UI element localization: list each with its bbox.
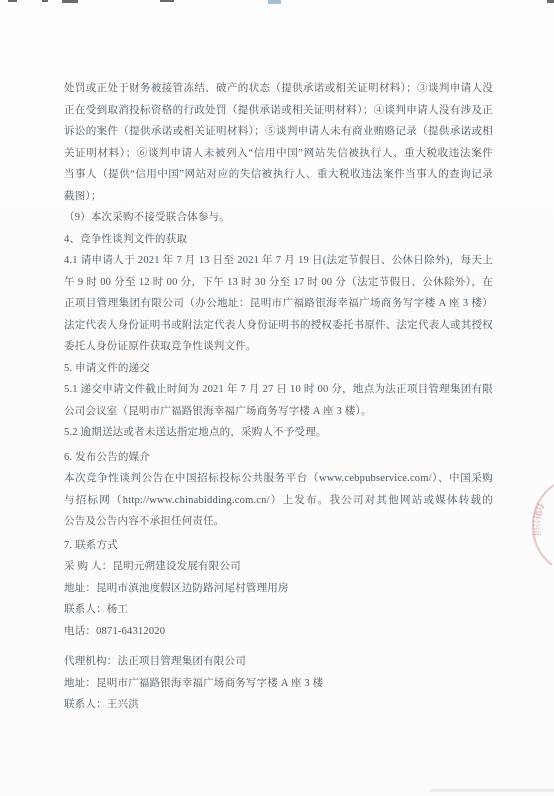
scan-smudge [430, 789, 554, 792]
scan-artifact [268, 0, 281, 4]
section-heading: 6. 发布公告的媒介 [64, 447, 493, 469]
doc-line: 委托人身份证原件获取竞争性谈判文件。 [64, 336, 493, 358]
scan-artifact [547, 0, 554, 3]
purchaser-phone-line: 电话：0871-64312020 [64, 621, 493, 643]
section-heading: 5. 申请文件的递交 [64, 358, 493, 380]
scan-artifact [62, 0, 78, 3]
doc-line: 4.1 请申请人于 2021 年 7 月 13 日至 2021 年 7 月 19… [64, 250, 493, 272]
red-seal-fragment: 有限公司 [520, 481, 554, 567]
agency-contact-line: 联系人：王兴洪 [64, 694, 493, 716]
purchaser-contact-line: 联系人：杨工 [64, 599, 493, 621]
doc-line: 与招标网（http://www.chinabidding.com.cn/）上发布… [64, 490, 493, 512]
doc-line: 本次竞争性谈判公告在中国招标投标公共服务平台（www.cebpubservice… [64, 468, 493, 490]
doc-line: 关证明材料）；⑥谈判申请人未被列入“信用中国”网站失信被执行人、重大税收违法案件 [64, 143, 493, 165]
seal-text: 有限公司 [531, 500, 547, 536]
svg-text:有限公司: 有限公司 [531, 500, 547, 536]
section-heading: 4、竞争性谈判文件的获取 [64, 229, 493, 251]
seal-arc-icon: 有限公司 [520, 481, 554, 567]
doc-line: 公司会议室（昆明市广福路银海幸福广场商务写字楼 A 座 3 楼）。 [64, 401, 493, 423]
purchaser-address-line: 地址：昆明市滇池度假区边防路河尾村管理用房 [64, 578, 493, 600]
purchaser-name-line: 采 购 人：昆明元朔建设发展有限公司 [64, 556, 493, 578]
doc-line: 正在受到取消投标资格的行政处罚（提供承诺或相关证明材料）；④谈判申请人没有涉及正… [64, 100, 493, 122]
scan-artifact [8, 0, 17, 2]
doc-line: 公告及公告内容不承担任何责任。 [64, 511, 493, 533]
scan-artifact [42, 0, 48, 2]
doc-line: （9）本次采购不接受联合体参与。 [64, 207, 493, 229]
doc-line: 正项目管理集团有限公司（办公地址：昆明市广福路银海幸福广场商务写字楼 A 座 3… [64, 293, 493, 315]
doc-line: 5.1 递交申请文件截止时间为 2021 年 7 月 27 日 10 时 00 … [64, 379, 493, 401]
doc-line: 诉讼的案件（提供承诺或相关证明材料）；⑤谈判申请人未有商业贿赂记录（提供承诺或相… [64, 121, 493, 143]
doc-line: 处罚或正处于财务被接管冻结、破产的状态（提供承诺或相关证明材料）；③谈判申请人没… [64, 78, 493, 100]
agency-name-line: 代理机构：法正项目管理集团有限公司 [64, 651, 493, 673]
doc-line: 5.2 逾期送达或者未送达指定地点的，采购人不予受理。 [64, 422, 493, 444]
doc-line: 截图）； [64, 186, 493, 208]
scan-artifact [160, 0, 174, 2]
doc-line: 午 9 时 00 分至 12 时 00 分，下午 13 时 30 分至 17 时… [64, 272, 493, 294]
announcement-body: 处罚或正处于财务被接管冻结、破产的状态（提供承诺或相关证明材料）；③谈判申请人没… [64, 78, 493, 716]
scanned-document-page: 处罚或正处于财务被接管冻结、破产的状态（提供承诺或相关证明材料）；③谈判申请人没… [0, 0, 554, 796]
doc-line: 当事人（提供“信用中国”网站对应的失信被执行人、重大税收违法案件当事人的查询记录 [64, 164, 493, 186]
doc-line: 法定代表人身份证明书或附法定代表人身份证明书的授权委托书原件、法定代表人或其授权 [64, 315, 493, 337]
section-heading: 7. 联系方式 [64, 535, 493, 557]
agency-address-line: 地址：昆明市广福路银海幸福广场商务写字楼 A 座 3 楼 [64, 673, 493, 695]
